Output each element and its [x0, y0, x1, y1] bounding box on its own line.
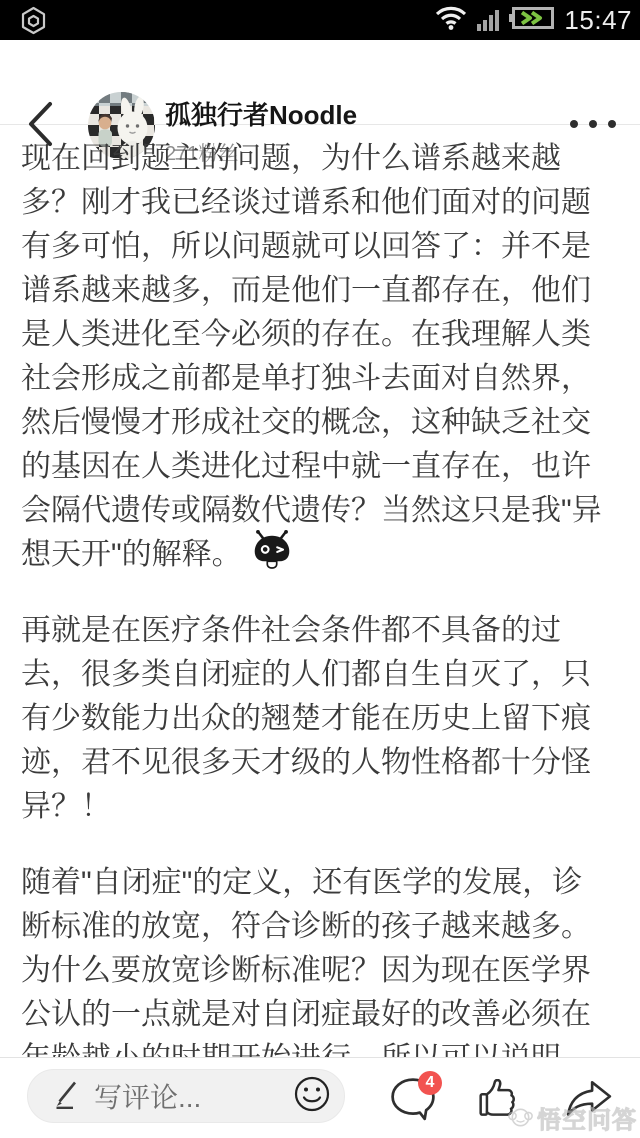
battery-charging-icon — [508, 6, 555, 35]
like-button[interactable] — [472, 1058, 528, 1138]
hexagon-badge-icon — [20, 6, 47, 40]
pencil-icon — [52, 1079, 80, 1114]
text-line: 断标准的放宽，符合诊断的孩子越来越多。 — [21, 905, 620, 949]
smiley-icon[interactable] — [293, 1075, 331, 1118]
forward-arrow-icon — [565, 1080, 613, 1118]
paragraph-3-lines: 随着"自闭症"的定义，还有医学的发展，诊断标准的放宽，符合诊断的孩子越来越多。为… — [21, 861, 620, 1081]
text-line: 会隔代遗传或隔数代遗传？当然这只是我"异 — [21, 489, 620, 533]
text-line: 有多可怕，所以问题就可以回答了：并不是 — [21, 225, 620, 269]
android-imp-tongue-emoji-icon — [250, 530, 294, 585]
text-line: 多？刚才我已经谈过谱系和他们面对的问题 — [21, 181, 620, 225]
text-line: 公认的一点就是对自闭症最好的改善必须在 — [21, 993, 620, 1037]
text-line: 的基因在人类进化过程中就一直存在，也许 — [21, 445, 620, 489]
app-screen: 15:47 孤独行者Noodle — [0, 0, 640, 1138]
share-button[interactable] — [558, 1058, 620, 1138]
text-line: 有少数能力出众的翘楚才能在历史上留下痕 — [21, 697, 620, 741]
comment-input[interactable]: 写评论... — [27, 1069, 345, 1123]
article-body: 现在回到题主的问题，为什么谱系越来越多？刚才我已经谈过谱系和他们面对的问题有多可… — [0, 126, 640, 1138]
profile-header: 孤独行者Noodle 271粉丝 — [0, 40, 640, 125]
paragraph-1-lines: 现在回到题主的问题，为什么谱系越来越多？刚才我已经谈过谱系和他们面对的问题有多可… — [21, 137, 620, 533]
text-line: 谱系越来越多，而是他们一直都存在，他们 — [21, 269, 620, 313]
text-line: 异？！ — [21, 785, 620, 829]
wifi-icon — [434, 5, 468, 36]
signal-bars-icon — [477, 9, 499, 31]
paragraph-3: 随着"自闭症"的定义，还有医学的发展，诊断标准的放宽，符合诊断的孩子越来越多。为… — [21, 861, 620, 1081]
status-bar: 15:47 — [0, 0, 640, 40]
text-line: 迹，君不见很多天才级的人物性格都十分怪 — [21, 741, 620, 785]
clock-time: 15:47 — [564, 5, 632, 36]
text-line: 现在回到题主的问题，为什么谱系越来越 — [21, 137, 620, 181]
text-line: 再就是在医疗条件社会条件都不具备的过 — [21, 609, 620, 653]
comments-button[interactable]: 4 — [385, 1058, 441, 1138]
paragraph-2-lines: 再就是在医疗条件社会条件都不具备的过去，很多类自闭症的人们都自生自灭了，只有少数… — [21, 609, 620, 829]
paragraph-2: 再就是在医疗条件社会条件都不具备的过去，很多类自闭症的人们都自生自灭了，只有少数… — [21, 609, 620, 829]
text-line: 然后慢慢才形成社交的概念，这种缺乏社交 — [21, 401, 620, 445]
text-line: 想天开"的解释。 — [21, 533, 620, 577]
comment-action-bar: 写评论... 4 — [0, 1057, 640, 1138]
text-line: 社会形成之前都是单打独斗去面对自然界， — [21, 357, 620, 401]
text-line: 去，很多类自闭症的人们都自生自灭了，只 — [21, 653, 620, 697]
comment-placeholder: 写评论... — [94, 1076, 293, 1116]
thumbs-up-icon — [477, 1079, 523, 1119]
text-line: 是人类进化至今必须的存在。在我理解人类 — [21, 313, 620, 357]
text-line: 随着"自闭症"的定义，还有医学的发展，诊 — [21, 861, 620, 905]
comment-count-badge: 4 — [418, 1071, 442, 1095]
paragraph-1: 现在回到题主的问题，为什么谱系越来越多？刚才我已经谈过谱系和他们面对的问题有多可… — [21, 137, 620, 577]
status-indicators: 15:47 — [434, 0, 632, 40]
text-line-text: 想天开"的解释。 — [21, 533, 242, 577]
text-line: 为什么要放宽诊断标准呢？因为现在医学界 — [21, 949, 620, 993]
